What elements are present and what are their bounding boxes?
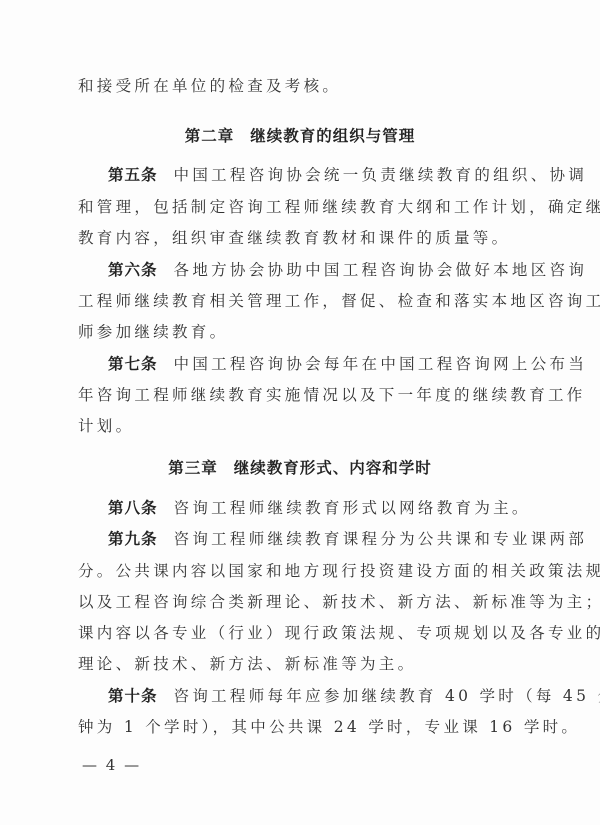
chapter-heading-2: 第二章继续教育的组织与管理 [0, 124, 600, 146]
article-10-line-1: 第十条咨询工程师每年应参加继续教育 40 学时（每 45 分 [108, 686, 552, 706]
continuation-line: 和接受所在单位的检查及考核。 [78, 76, 522, 96]
article-9-line-1: 第九条咨询工程师继续教育课程分为公共课和专业课两部 [108, 529, 552, 549]
article-9-line-5: 理论、新技术、新方法、新标准等为主。 [78, 654, 522, 674]
article-text: 咨询工程师每年应参加继续教育 40 学时（每 45 分 [174, 687, 600, 705]
article-6-line-1: 第六条各地方协会协助中国工程咨询协会做好本地区咨询 [108, 260, 552, 280]
article-text: 咨询工程师继续教育课程分为公共课和专业课两部 [174, 530, 588, 548]
chapter-number: 第三章 [168, 459, 218, 477]
article-5-line-1: 第五条中国工程咨询协会统一负责继续教育的组织、协调 [108, 165, 552, 185]
chapter-title: 继续教育形式、内容和学时 [234, 459, 432, 477]
article-label: 第八条 [108, 499, 158, 517]
page-number: — 4 — [82, 756, 141, 774]
article-6-line-3: 师参加继续教育。 [78, 322, 522, 342]
document-page: 和接受所在单位的检查及考核。 第二章继续教育的组织与管理 第五条中国工程咨询协会… [0, 0, 600, 825]
article-9-line-4: 课内容以各专业（行业）现行政策法规、专项规划以及各专业的新 [78, 623, 522, 643]
chapter-number: 第二章 [185, 127, 235, 145]
article-7-line-1: 第七条中国工程咨询协会每年在中国工程咨询网上公布当 [108, 354, 552, 374]
article-9-line-3: 以及工程咨询综合类新理论、新技术、新方法、新标准等为主；专业 [78, 592, 522, 612]
chapter-title: 继续教育的组织与管理 [250, 127, 415, 145]
article-6-line-2: 工程师继续教育相关管理工作，督促、检查和落实本地区咨询工程 [78, 291, 522, 311]
article-9-line-2: 分。公共课内容以国家和地方现行投资建设方面的相关政策法规 [78, 561, 522, 581]
article-label: 第六条 [108, 261, 158, 279]
article-label: 第七条 [108, 355, 158, 373]
article-text: 咨询工程师继续教育形式以网络教育为主。 [174, 499, 531, 517]
article-text: 中国工程咨询协会统一负责继续教育的组织、协调 [174, 166, 588, 184]
article-10-line-2: 钟为 1 个学时），其中公共课 24 学时，专业课 16 学时。 [78, 717, 522, 737]
article-5-line-3: 教育内容，组织审查继续教育教材和课件的质量等。 [78, 228, 522, 248]
article-text: 中国工程咨询协会每年在中国工程咨询网上公布当 [174, 355, 588, 373]
article-5-line-2: 和管理，包括制定咨询工程师继续教育大纲和工作计划，确定继续 [78, 197, 522, 217]
article-label: 第九条 [108, 530, 158, 548]
article-label: 第十条 [108, 687, 158, 705]
article-label: 第五条 [108, 166, 158, 184]
chapter-heading-3: 第三章继续教育形式、内容和学时 [0, 456, 600, 478]
article-7-line-2: 年咨询工程师继续教育实施情况以及下一年度的继续教育工作 [78, 385, 522, 405]
article-7-line-3: 计划。 [78, 416, 522, 436]
article-8-line-1: 第八条咨询工程师继续教育形式以网络教育为主。 [108, 498, 552, 518]
article-text: 各地方协会协助中国工程咨询协会做好本地区咨询 [174, 261, 588, 279]
